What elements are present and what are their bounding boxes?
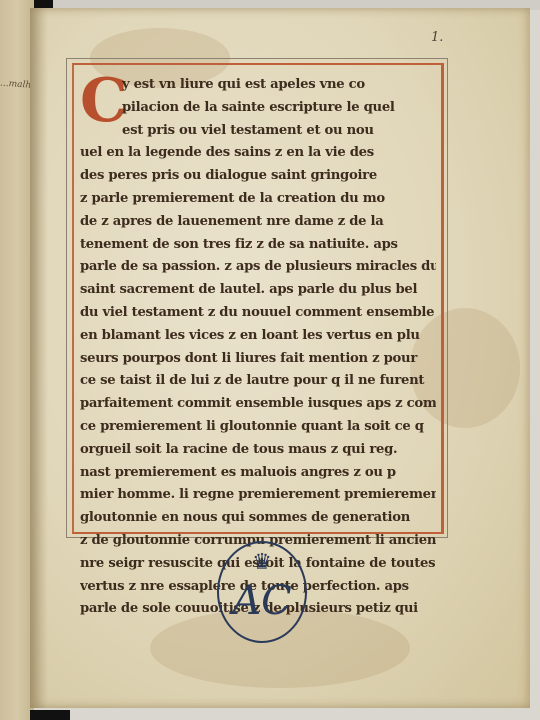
text-line: est pris ou viel testament et ou nou xyxy=(80,120,436,143)
text-line: des peres pris ou dialogue saint gringoi… xyxy=(80,165,436,188)
text-line: ce se taist il de lui z de lautre pour q… xyxy=(80,370,436,393)
text-line: gloutonnie en nous qui sommes de generat… xyxy=(80,507,436,530)
monogram: AC xyxy=(229,577,295,625)
text-line: seurs pourpos dont li liures fait mentio… xyxy=(80,348,436,371)
crown-icon: ♛ xyxy=(236,551,288,575)
text-line: nast premierement es maluois angres z ou… xyxy=(80,462,436,485)
text-line: pilacion de la sainte escripture le quel xyxy=(80,97,436,120)
library-stamp: ♛ AC xyxy=(217,541,307,643)
text-line: parle de sa passion. z aps de plusieurs … xyxy=(80,256,436,279)
text-line: parfaitement commit ensemble iusques aps… xyxy=(80,393,436,416)
text-line: ce premierement li gloutonnie quant la s… xyxy=(80,416,436,439)
text-line: du viel testament z du nouuel comment en… xyxy=(80,302,436,325)
text-block: y est vn liure qui est apeles vne co pil… xyxy=(80,74,436,621)
text-line: saint sacrement de lautel. aps parle du … xyxy=(80,279,436,302)
text-line: uel en la legende des sains z en la vie … xyxy=(80,142,436,165)
text-line: orgueil soit la racine de tous maus z qu… xyxy=(80,439,436,462)
text-line: de z apres de lauenement nre dame z de l… xyxy=(80,211,436,234)
text-line: mier homme. li regne premierement premie… xyxy=(80,484,436,507)
text-line: z parle premierement de la creation du m… xyxy=(80,188,436,211)
previous-leaf-edge: ...malhes xyxy=(0,0,34,720)
text-line: en blamant les vices z en loant les vert… xyxy=(80,325,436,348)
page-gutter-shadow xyxy=(30,8,48,708)
text-line: tenement de son tres fiz z de sa natiuit… xyxy=(80,234,436,257)
folio-number: 1. xyxy=(431,30,443,45)
scan-edge-bottom xyxy=(30,710,70,720)
text-line: y est vn liure qui est apeles vne co xyxy=(80,74,436,97)
